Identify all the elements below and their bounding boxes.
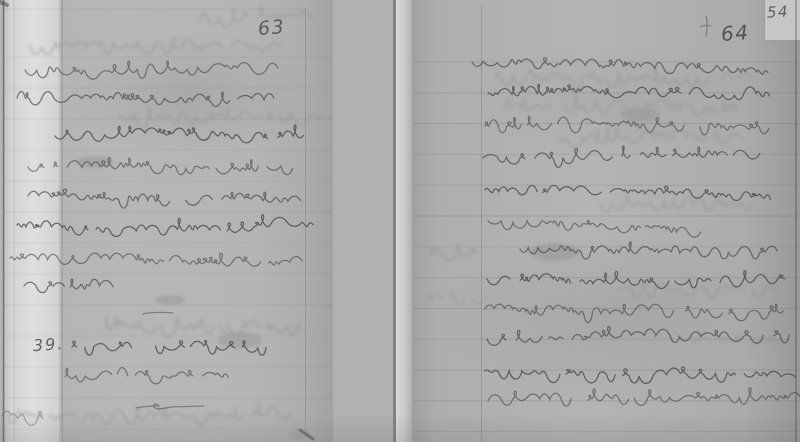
handwritten-line [487, 327, 789, 346]
corner-speck [0, 2, 7, 5]
handwritten-line [488, 388, 800, 406]
handwritten-line [485, 304, 784, 322]
margin-mark [701, 16, 711, 36]
handwritten-line [488, 221, 701, 238]
section-number: 39. [32, 336, 64, 354]
page-number-right: 64 [720, 22, 750, 44]
handwritten-line [10, 253, 302, 266]
divider-stroke [136, 404, 204, 409]
stain [218, 332, 262, 348]
handwritten-line [487, 271, 785, 289]
handwritten-line [25, 61, 278, 79]
handwritten-line [65, 368, 228, 384]
divider-stroke [143, 312, 173, 314]
stain [530, 243, 580, 261]
page-number-left: 63 [257, 18, 286, 39]
handwritten-line [17, 91, 274, 106]
handwritten-line [488, 84, 769, 99]
handwritten-line [483, 146, 760, 167]
handwritten-line [28, 158, 292, 175]
handwritten-line [24, 279, 119, 293]
folio-number: 54 [767, 4, 790, 20]
manuscript-scan: 63 64 54 39. [0, 0, 800, 442]
handwritten-line [28, 189, 301, 208]
handwritten-line [55, 125, 304, 143]
stain [620, 108, 660, 122]
handwritten-line [485, 367, 796, 383]
handwritten-text [0, 2, 800, 439]
handwriting-layer [0, 0, 800, 442]
handwritten-line [472, 58, 777, 75]
stain [155, 295, 185, 305]
handwritten-line [17, 215, 313, 237]
